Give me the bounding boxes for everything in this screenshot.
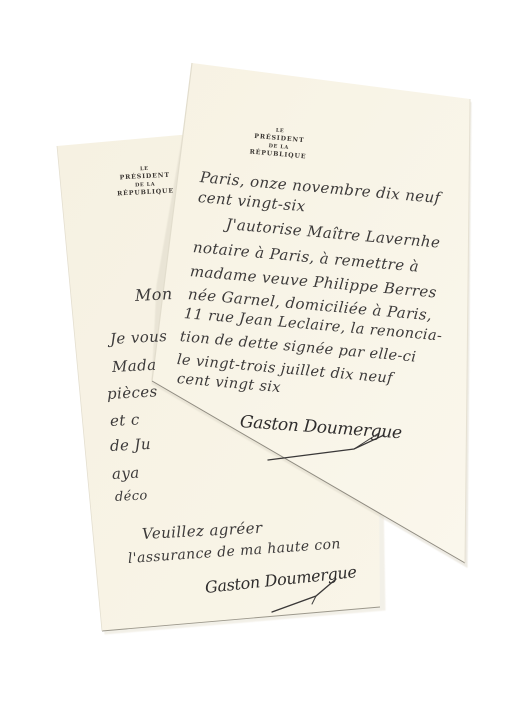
front-letterhead: LE PRÉSIDENT DE LA RÉPUBLIQUE <box>233 123 325 163</box>
document-photo: LE PRÉSIDENT DE LA RÉPUBLIQUE Mon Je vou… <box>0 0 530 712</box>
front-letter: LE PRÉSIDENT DE LA RÉPUBLIQUE Paris, onz… <box>0 0 530 712</box>
front-signature: Gaston Doumergue <box>239 412 402 443</box>
